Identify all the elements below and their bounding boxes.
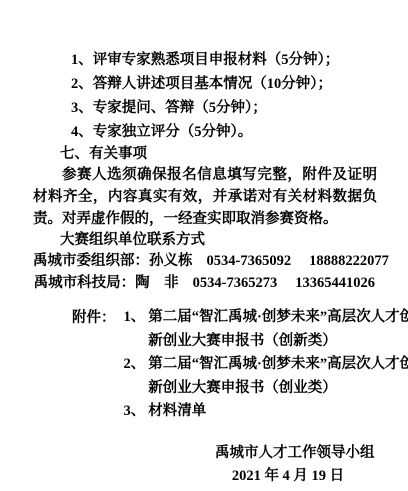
section-heading: 七、有关事项 <box>60 144 375 164</box>
procedure-step-2: 2、答辩人讲述项目基本情况（10分钟）； <box>71 72 375 96</box>
attachment-item-3: 3、 材料清单 <box>124 400 408 424</box>
procedure-step-4: 4、专家独立评分（5分钟）。 <box>71 120 375 144</box>
attachments-block: 附件： 1、 第二届“智汇禹城·创梦未来”高层次人才创 新创业大赛申报书（创新类… <box>72 306 375 424</box>
attachment-number: 1、 <box>124 306 146 330</box>
attachment-number: 2、 <box>124 353 146 377</box>
attachment-number: 3、 <box>124 400 146 424</box>
attachment-title-line: 新创业大赛申报书（创业类） <box>148 377 408 401</box>
attachment-title: 第二届“智汇禹城·创梦未来”高层次人才创 新创业大赛申报书（创新类） <box>148 306 408 353</box>
attachment-title-line: 材料清单 <box>148 400 206 424</box>
signature-block: 禹城市人才工作领导小组 2021 年 4 月 19 日 <box>215 442 361 488</box>
procedure-step-1: 1、评审专家熟悉项目申报材料（5分钟）； <box>71 48 375 72</box>
attachment-item-2: 2、 第二届“智汇禹城·创梦未来”高层次人才创 新创业大赛申报书（创业类） <box>124 353 408 400</box>
contact-org-name: 禹城市委组织部：孙义栋 <box>33 250 193 272</box>
attachment-title: 材料清单 <box>148 400 206 424</box>
contact-mobile: 13365441026 <box>295 272 375 294</box>
contact-phone: 0534-7365092 <box>207 250 292 272</box>
contact-row-science-bureau: 禹城市科技局：陶 非 0534-7365273 13365441026 <box>33 272 375 294</box>
attachments-list: 1、 第二届“智汇禹城·创梦未来”高层次人才创 新创业大赛申报书（创新类） 2、… <box>124 306 408 424</box>
contact-row-org-dept: 禹城市委组织部：孙义栋 0534-7365092 18888222077 <box>33 250 375 272</box>
notice-paragraph: 参赛人选须确保报名信息填写完整，附件及证明材料齐全，内容真实有效，并承诺对有关材… <box>33 164 377 230</box>
issue-date: 2021 年 4 月 19 日 <box>215 465 361 488</box>
attachment-title: 第二届“智汇禹城·创梦未来”高层次人才创 新创业大赛申报书（创业类） <box>148 353 408 400</box>
document-page: 1、评审专家熟悉项目申报材料（5分钟）； 2、答辩人讲述项目基本情况（10分钟）… <box>0 0 408 491</box>
attachments-label: 附件： <box>72 306 116 424</box>
contact-org-name: 禹城市科技局：陶 非 <box>33 272 179 294</box>
attachment-title-line: 第二届“智汇禹城·创梦未来”高层次人才创 <box>148 353 408 377</box>
attachment-title-line: 新创业大赛申报书（创新类） <box>148 330 408 354</box>
contact-list: 禹城市委组织部：孙义栋 0534-7365092 18888222077 禹城市… <box>33 250 375 294</box>
procedure-steps-list: 1、评审专家熟悉项目申报材料（5分钟）； 2、答辩人讲述项目基本情况（10分钟）… <box>33 48 375 144</box>
contact-heading: 大赛组织单位联系方式 <box>60 230 375 250</box>
procedure-step-3: 3、专家提问、答辩（5分钟）； <box>71 96 375 120</box>
issuing-authority: 禹城市人才工作领导小组 <box>215 442 361 465</box>
contact-mobile: 18888222077 <box>309 250 389 272</box>
attachment-title-line: 第二届“智汇禹城·创梦未来”高层次人才创 <box>148 306 408 330</box>
attachment-item-1: 1、 第二届“智汇禹城·创梦未来”高层次人才创 新创业大赛申报书（创新类） <box>124 306 408 353</box>
contact-phone: 0534-7365273 <box>193 272 278 294</box>
